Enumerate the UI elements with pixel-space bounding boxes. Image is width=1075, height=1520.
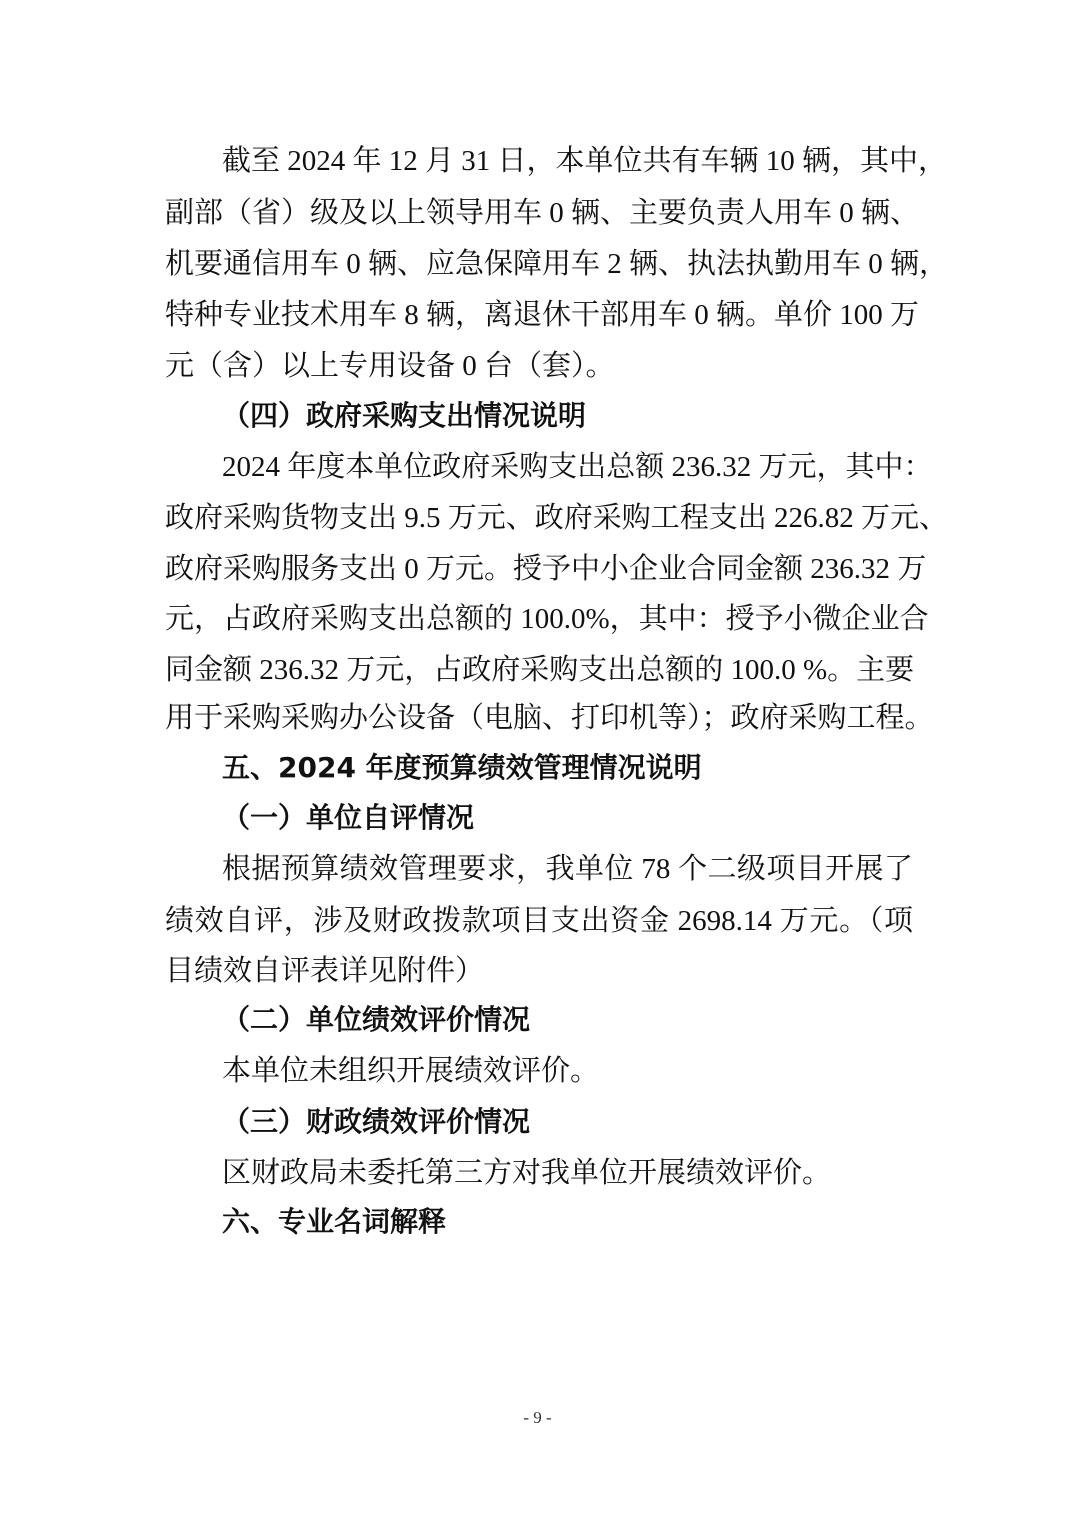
chapter-5-heading: 五、2024 年度预算绩效管理情况说明 [222,750,702,786]
procurement-paragraph-line-4: 元，占政府采购支出总额的 100.0%，其中：授予小微企业合 [165,601,913,637]
vehicles-paragraph-line-3: 机要通信用车 0 辆、应急保障用车 2 辆、执法执勤用车 0 辆， [165,246,913,282]
self-eval-paragraph-line-2: 绩效自评，涉及财政拨款项目支出资金 2698.14 万元。（项 [165,903,913,939]
procurement-paragraph-line-1: 2024 年度本单位政府采购支出总额 236.32 万元，其中： [222,449,913,485]
vehicles-paragraph-line-5: 元（含）以上专用设备 0 台（套）。 [165,348,913,384]
vehicles-paragraph-line-4: 特种专业技术用车 8 辆，离退休干部用车 0 辆。单价 100 万 [165,297,913,333]
page-number: - 9 - [0,1408,1075,1428]
self-eval-paragraph-line-1: 根据预算绩效管理要求，我单位 78 个二级项目开展了 [222,851,913,887]
sub-3-heading: （三）财政绩效评价情况 [222,1104,530,1140]
procurement-paragraph-line-5: 同金额 236.32 万元，占政府采购支出总额的 100.0 %。主要 [165,652,913,688]
sub-2-text: 本单位未组织开展绩效评价。 [222,1053,599,1089]
document-page: 截至 2024 年 12 月 31 日，本单位共有车辆 10 辆，其中， 副部（… [0,0,1075,1520]
procurement-paragraph-line-3: 政府采购服务支出 0 万元。授予中小企业合同金额 236.32 万 [165,551,913,587]
vehicles-paragraph-line-1: 截至 2024 年 12 月 31 日，本单位共有车辆 10 辆，其中， [222,143,913,179]
sub-3-text: 区财政局未委托第三方对我单位开展绩效评价。 [222,1155,831,1191]
section-4-heading: （四）政府采购支出情况说明 [222,398,586,434]
self-eval-paragraph-line-3: 目绩效自评表详见附件） [165,953,913,989]
procurement-paragraph-line-6: 用于采购采购办公设备（电脑、打印机等）；政府采购工程。 [165,700,913,736]
sub-2-heading: （二）单位绩效评价情况 [222,1002,530,1038]
vehicles-paragraph-line-2: 副部（省）级及以上领导用车 0 辆、主要负责人用车 0 辆、 [165,195,913,231]
chapter-6-heading: 六、专业名词解释 [222,1204,446,1240]
sub-1-heading: （一）单位自评情况 [222,800,474,836]
procurement-paragraph-line-2: 政府采购货物支出 9.5 万元、政府采购工程支出 226.82 万元、 [165,500,913,536]
